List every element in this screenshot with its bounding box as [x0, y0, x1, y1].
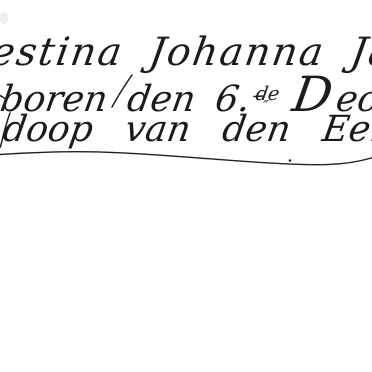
ink-dot: [289, 159, 292, 162]
line3-text: doop van den Eerw: [0, 109, 372, 150]
document-page: estina Johanna Jac boren den 6.de″Decem …: [0, 0, 372, 372]
paper-smudge: [0, 12, 9, 24]
handwritten-line-3: doop van den EerwC: [0, 106, 372, 152]
hand-drawn-rule: [0, 152, 372, 165]
